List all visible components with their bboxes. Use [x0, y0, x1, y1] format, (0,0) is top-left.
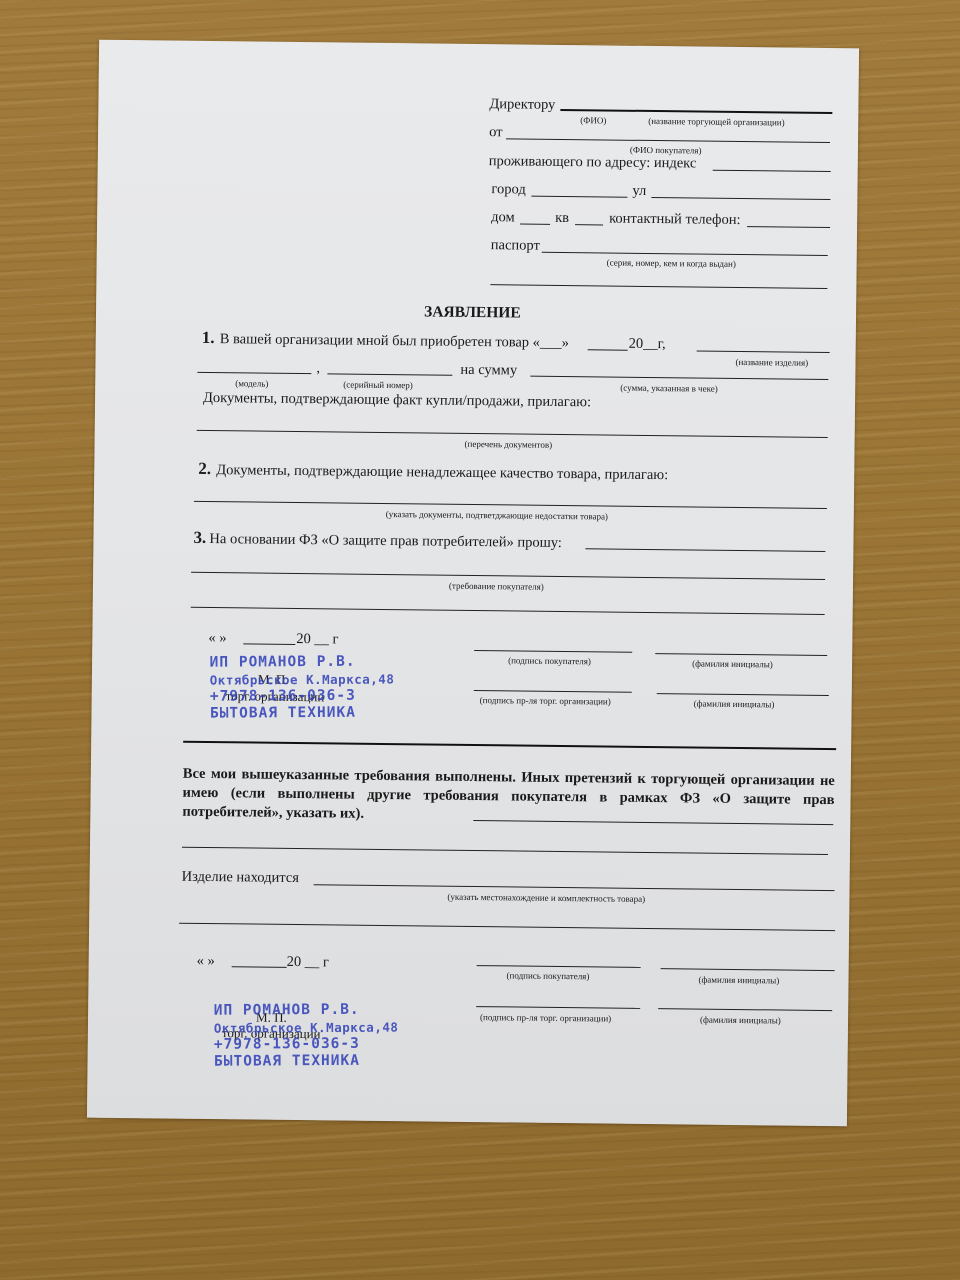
comma: , [316, 360, 320, 377]
street-field[interactable] [651, 197, 830, 200]
phone-field[interactable] [747, 226, 830, 228]
application-form-paper: Директору (ФИО) (название торгующей орга… [87, 40, 859, 1127]
buyer-sign-hint-2: (подпись покупателя) [506, 970, 589, 981]
apt-label: кв [555, 210, 569, 227]
date1-field[interactable] [243, 643, 295, 645]
city-label: город [491, 181, 525, 198]
section1-text: В вашей организации мной был приобретен … [220, 331, 569, 352]
section2-number: 2. [198, 459, 211, 479]
buyer-name-2[interactable] [661, 968, 835, 971]
stamp-line-2: Октябрьское К.Маркса,48 [210, 671, 395, 689]
sum-hint: (сумма, указанная в чеке) [620, 383, 718, 394]
location-hint: (указать местонахождение и комплектность… [447, 892, 645, 904]
completion-text-content: Все мои вышеуказанные требования выполне… [182, 766, 835, 822]
date1-year: 20 __ г [296, 631, 338, 648]
date2-field[interactable] [232, 966, 287, 968]
section1-number: 1. [202, 328, 215, 348]
stamp-line-3: +7978-136-036-3 [214, 1036, 399, 1054]
org-name-hint-1: (фамилия инициалы) [694, 699, 775, 710]
sum-field[interactable] [530, 376, 828, 380]
section3-text: На основании ФЗ «О защите прав потребите… [209, 531, 562, 552]
sum-label: на сумму [460, 362, 517, 380]
passport-field[interactable] [542, 252, 828, 256]
section3-number: 3. [193, 528, 206, 548]
phone-label: контактный телефон: [609, 211, 741, 229]
stamp-line-4: БЫТОВАЯ ТЕХНИКА [210, 705, 395, 723]
org-signature-2[interactable] [476, 1006, 640, 1009]
buyer-name-hint-1: (фамилия инициалы) [692, 658, 773, 669]
director-field[interactable] [560, 109, 832, 114]
city-field[interactable] [531, 196, 627, 198]
page-title: ЗАЯВЛЕНИЕ [424, 303, 521, 322]
apt-field[interactable] [575, 224, 603, 225]
from-label: от [489, 124, 503, 141]
org-signature-1[interactable] [474, 690, 632, 693]
serial-hint: (серийный номер) [343, 380, 413, 391]
location-field[interactable] [314, 884, 835, 891]
house-field[interactable] [520, 224, 550, 225]
zip-field[interactable] [713, 170, 831, 172]
demand-field-3[interactable] [191, 607, 825, 615]
purchase-month-field[interactable] [588, 349, 628, 350]
stamp-line-4: БЫТОВАЯ ТЕХНИКА [214, 1053, 399, 1071]
org-name-2[interactable] [658, 1008, 832, 1011]
section-divider [183, 741, 836, 750]
docs-hint: (перечень документов) [465, 439, 553, 450]
demand-field-2[interactable] [191, 572, 825, 580]
section3-hint: (требование покупателя) [449, 581, 544, 592]
buyer-signature-2[interactable] [477, 965, 641, 968]
org-name-1[interactable] [657, 693, 829, 696]
org-hint: (название торгующей организации) [648, 116, 785, 128]
company-stamp-2: ИП РОМАНОВ Р.В. Октябрьское К.Маркса,48 … [214, 1002, 399, 1071]
stamp-line-3: +7978-136-036-3 [210, 688, 395, 706]
product-name-field[interactable] [697, 351, 830, 354]
date2-year: 20 __ г [287, 954, 329, 971]
stamp-line-2: Октябрьское К.Маркса,48 [214, 1019, 399, 1037]
stamp-line-1: ИП РОМАНОВ Р.В. [214, 1002, 399, 1020]
model-hint: (модель) [235, 378, 268, 388]
section2-hint: (указать документы, подтветджающие недос… [386, 509, 608, 522]
model-field[interactable] [197, 372, 311, 374]
buyer-name-hint-2: (фамилия инициалы) [698, 975, 779, 986]
date2-prefix: « » [197, 953, 215, 970]
org-sign-hint-1: (подпись пр-ля торг. организации) [480, 695, 611, 706]
stamp-line-1: ИП РОМАНОВ Р.В. [210, 654, 395, 672]
house-label: дом [491, 209, 515, 226]
product-hint: (название изделия) [735, 357, 808, 368]
section1-docs-text: Документы, подтверждающие факт купли/про… [203, 390, 591, 411]
location-field-2[interactable] [179, 923, 835, 931]
section1-year: 20__г, [629, 336, 666, 353]
passport-label: паспорт [491, 237, 540, 255]
org-name-hint-2: (фамилия инициалы) [700, 1015, 781, 1026]
passport-hint: (серия, номер, кем и когда выдан) [607, 257, 736, 268]
fio-hint: (ФИО) [580, 115, 606, 125]
section2-text: Документы, подтверждающие ненадлежащее к… [216, 462, 668, 484]
other-demands-field-2[interactable] [182, 847, 828, 855]
date1-prefix: « » [208, 630, 226, 647]
purchase-docs-field[interactable] [197, 430, 828, 438]
defect-docs-field[interactable] [194, 501, 827, 509]
buyer-name-1[interactable] [655, 653, 827, 656]
address-label: проживающего по адресу: индекс [489, 153, 697, 172]
buyer-fio-field[interactable] [506, 138, 830, 143]
org-sign-hint-2: (подпись пр-ля торг. организации) [480, 1012, 611, 1023]
serial-field[interactable] [327, 373, 452, 375]
buyer-sign-hint-1: (подпись покупателя) [508, 655, 591, 666]
director-label: Директору [489, 96, 555, 114]
company-stamp-1: ИП РОМАНОВ Р.В. Октябрьское К.Маркса,48 … [210, 654, 395, 723]
street-label: ул [632, 183, 646, 200]
demand-field[interactable] [585, 548, 825, 552]
buyer-signature-1[interactable] [474, 650, 632, 653]
passport-field-2[interactable] [490, 284, 827, 289]
location-label: Изделие находится [182, 869, 299, 887]
